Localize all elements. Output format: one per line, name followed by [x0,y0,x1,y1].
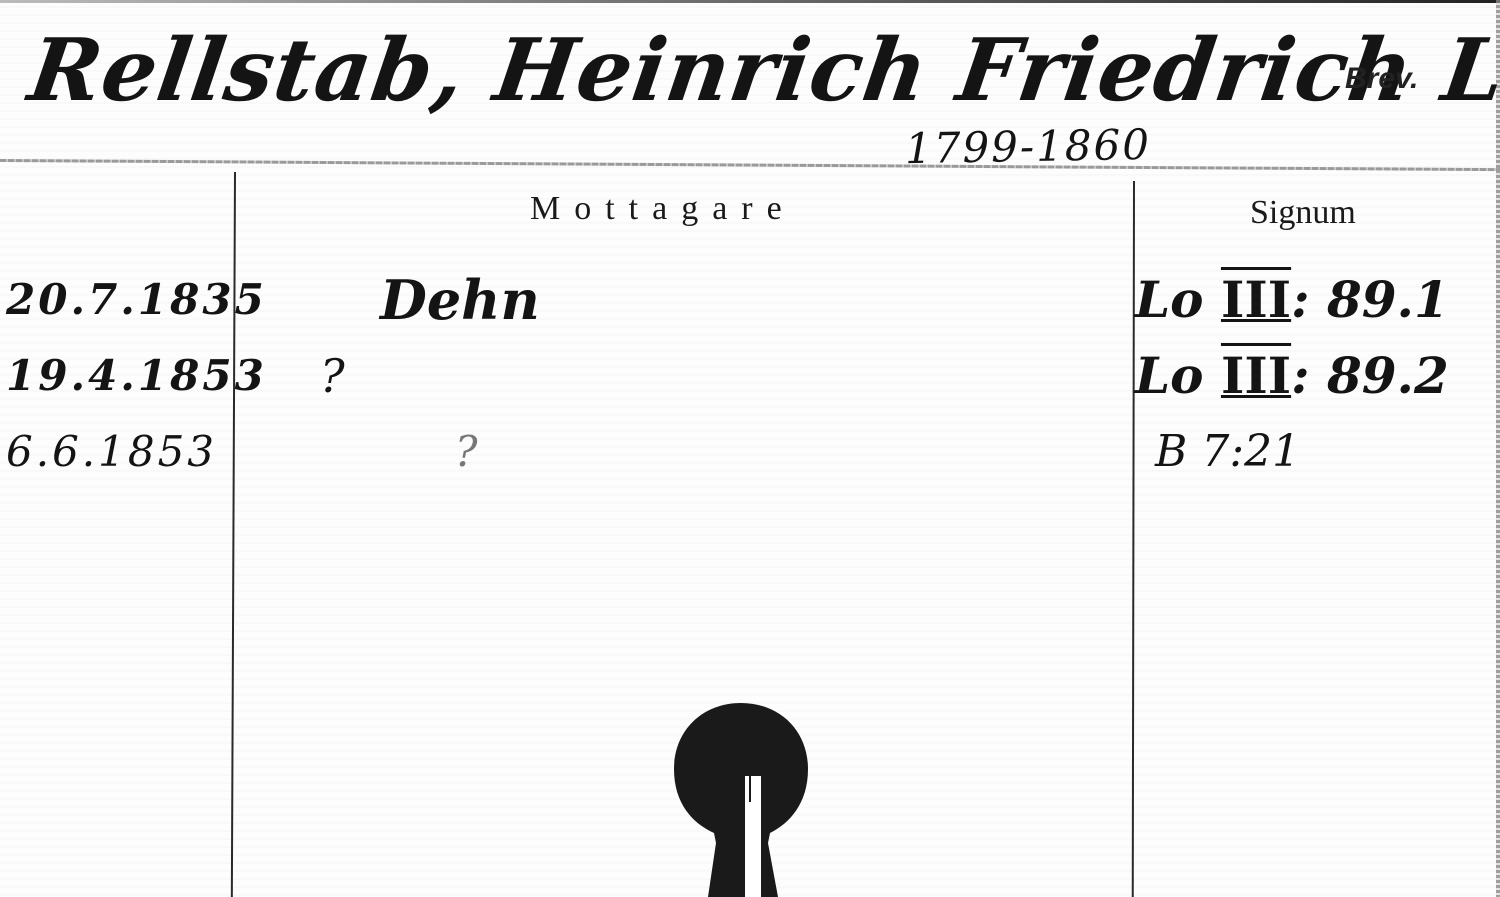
entry-date: 6.6.1853 [0,414,230,490]
card-top-border [0,0,1500,3]
signum-suffix: 7:21 [1187,426,1300,477]
signum-prefix: Lo [1135,346,1204,405]
signum-suffix: : 89.1 [1291,270,1449,329]
column-header-recipient: Mottagare [530,190,796,228]
signum-roman: III [1221,270,1291,329]
signum-roman: III [1221,346,1291,405]
signum-prefix: B [1155,426,1187,477]
signum-suffix: : 89.2 [1291,346,1449,405]
recipient-column: Dehn ? ? [300,262,1100,490]
entry-date: 19.4.1853 [0,338,230,414]
card-right-edge [1496,0,1500,897]
category-label: Brev. [1345,62,1418,96]
keyhole-punch-icon [672,703,810,897]
entry-signum: B 7:21 [1135,414,1485,490]
column-header-signum: Signum [1250,194,1356,232]
person-name: Rellstab, Heinrich Friedrich Ludwig [23,20,1500,121]
entry-signum: Lo III: 89.2 [1135,338,1485,414]
signum-column: Lo III: 89.1 Lo III: 89.2 B 7:21 [1135,262,1485,490]
catalog-card: Rellstab, Heinrich Friedrich Ludwig 1799… [0,0,1500,897]
entry-recipient: Dehn [300,262,1100,338]
entry-recipient: ? [300,338,1100,414]
signum-prefix: Lo [1135,270,1204,329]
header-divider [0,159,1500,171]
entry-recipient: ? [300,414,1100,490]
date-column: 20.7.1835 19.4.1853 6.6.1853 [0,262,230,490]
entry-date: 20.7.1835 [0,262,230,338]
entry-signum: Lo III: 89.1 [1135,262,1485,338]
